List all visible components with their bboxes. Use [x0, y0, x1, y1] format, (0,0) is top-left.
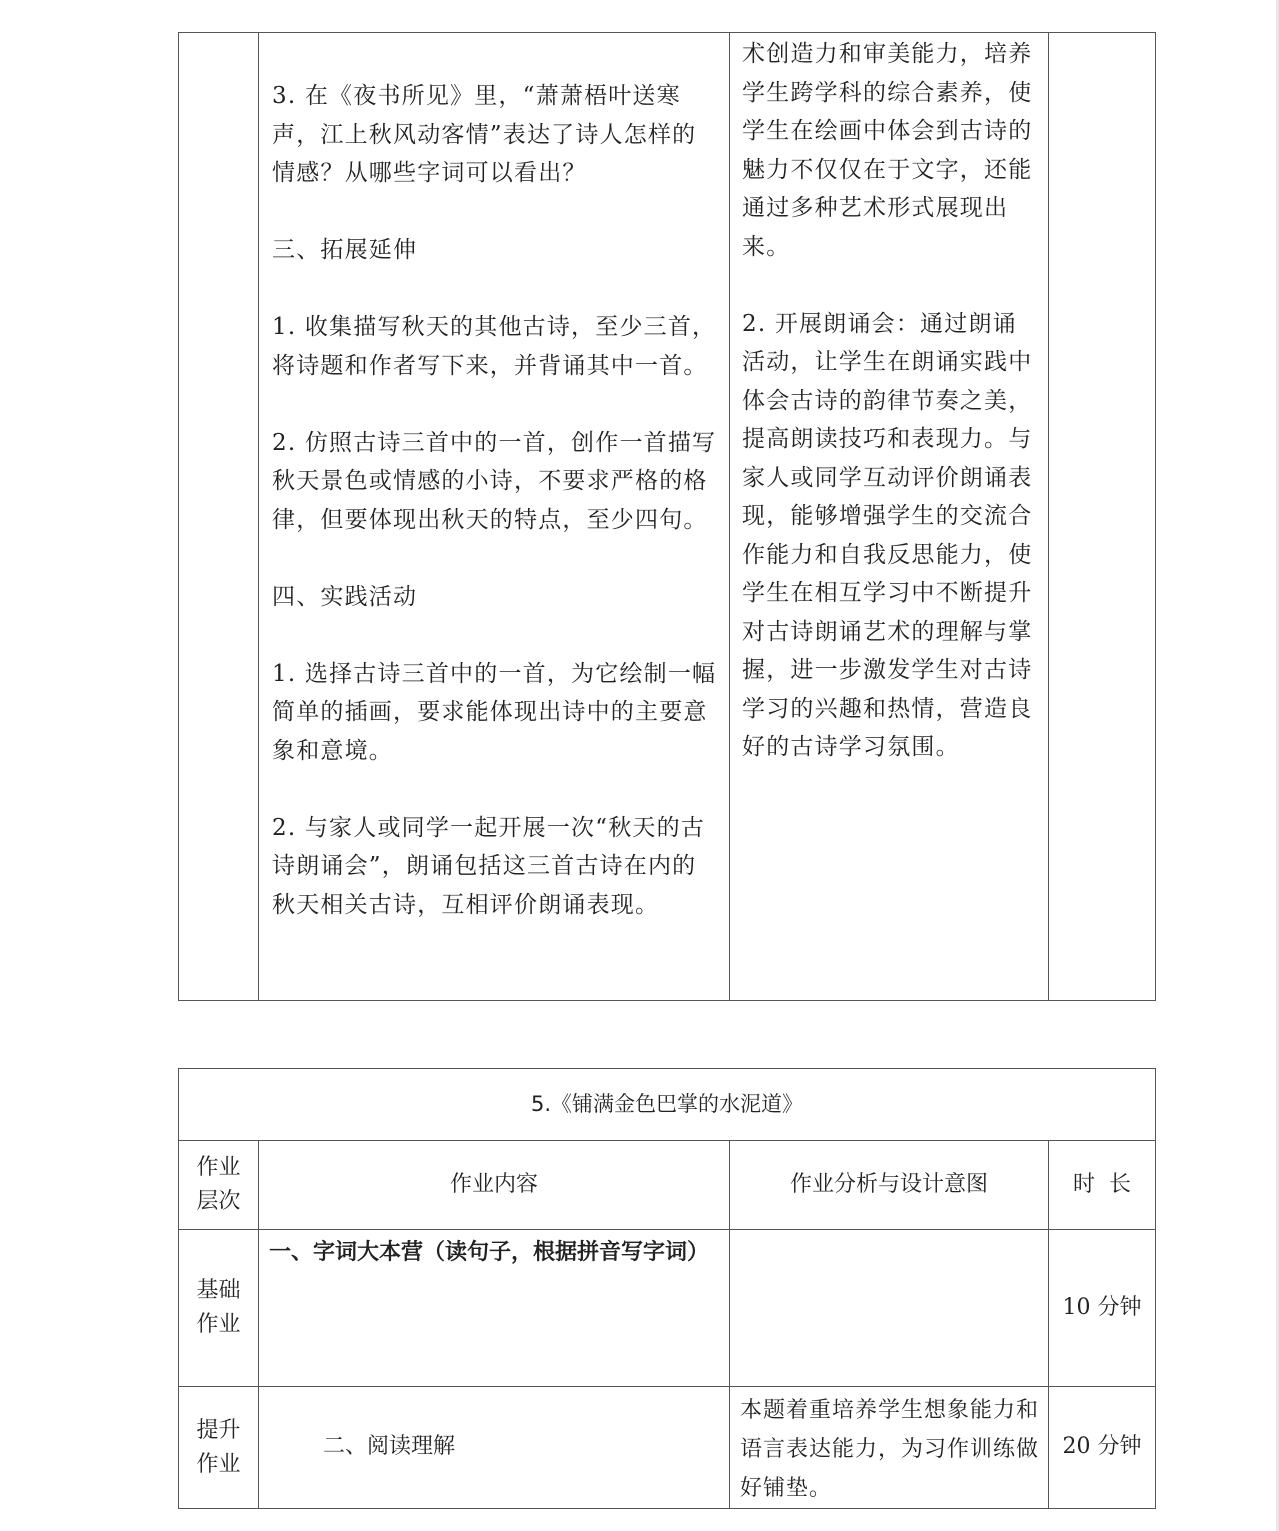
level-basic: 基础作业 — [179, 1230, 259, 1387]
title-row: 5.《铺满金色巴掌的水泥道》 — [179, 1069, 1156, 1141]
homework-table-continued: 3. 在《夜书所见》里，“萧萧梧叶送寒声，江上秋风动客情”表达了诗人怎样的情感？… — [178, 32, 1156, 1001]
question-3: 3. 在《夜书所见》里，“萧萧梧叶送寒声，江上秋风动客情”表达了诗人怎样的情感？… — [272, 77, 719, 193]
practice-item-2: 2. 与家人或同学一起开展一次“秋天的古诗朗诵会”，朗诵包括这三首古诗在内的秋天… — [272, 809, 719, 925]
table-row: 3. 在《夜书所见》里，“萧萧梧叶送寒声，江上秋风动客情”表达了诗人怎样的情感？… — [179, 33, 1156, 1001]
content-cell: 3. 在《夜书所见》里，“萧萧梧叶送寒声，江上秋风动客情”表达了诗人怎样的情感？… — [259, 33, 730, 1001]
extension-item-2: 2. 仿照古诗三首中的一首，创作一首描写秋天景色或情感的小诗，不要求严格的格律，… — [272, 424, 719, 540]
practice-item-1: 1. 选择古诗三首中的一首，为它绘制一幅简单的插画，要求能体现出诗中的主要意象和… — [272, 655, 719, 771]
content-basic: 一、字词大本营（读句子，根据拼音写字词） — [259, 1230, 730, 1387]
analysis-part-2: 2. 开展朗诵会：通过朗诵活动，让学生在朗诵实践中体会古诗的韵律节奏之美，提高朗… — [742, 305, 1038, 767]
header-duration: 时 长 — [1049, 1141, 1156, 1230]
header-content: 作业内容 — [259, 1141, 730, 1230]
section-title-practice: 四、实践活动 — [272, 578, 719, 617]
analysis-basic — [730, 1230, 1049, 1387]
lesson-title: 5.《铺满金色巴掌的水泥道》 — [179, 1069, 1156, 1141]
header-row: 作业层次 作业内容 作业分析与设计意图 时 长 — [179, 1141, 1156, 1230]
section-title-extension: 三、拓展延伸 — [272, 231, 719, 270]
table-row: 基础作业 一、字词大本营（读句子，根据拼音写字词） 10 分钟 — [179, 1230, 1156, 1387]
level-advanced: 提升作业 — [179, 1387, 259, 1509]
duration-advanced: 20 分钟 — [1049, 1387, 1156, 1509]
analysis-part-1: 术创造力和审美能力，培养学生跨学科的综合素养，使学生在绘画中体会到古诗的魅力不仅… — [742, 35, 1038, 266]
analysis-cell: 术创造力和审美能力，培养学生跨学科的综合素养，使学生在绘画中体会到古诗的魅力不仅… — [730, 33, 1049, 1001]
homework-table-lesson-5: 5.《铺满金色巴掌的水泥道》 作业层次 作业内容 作业分析与设计意图 时 长 基… — [178, 1068, 1156, 1509]
table-row: 提升作业 二、阅读理解 本题着重培养学生想象能力和语言表达能力，为习作训练做好铺… — [179, 1387, 1156, 1509]
content-advanced: 二、阅读理解 — [259, 1387, 730, 1509]
header-analysis: 作业分析与设计意图 — [730, 1141, 1049, 1230]
duration-cell — [1049, 33, 1156, 1001]
analysis-advanced: 本题着重培养学生想象能力和语言表达能力，为习作训练做好铺垫。 — [730, 1387, 1049, 1509]
level-cell — [179, 33, 259, 1001]
extension-item-1: 1. 收集描写秋天的其他古诗，至少三首，将诗题和作者写下来，并背诵其中一首。 — [272, 308, 719, 385]
header-level: 作业层次 — [179, 1141, 259, 1230]
duration-basic: 10 分钟 — [1049, 1230, 1156, 1387]
